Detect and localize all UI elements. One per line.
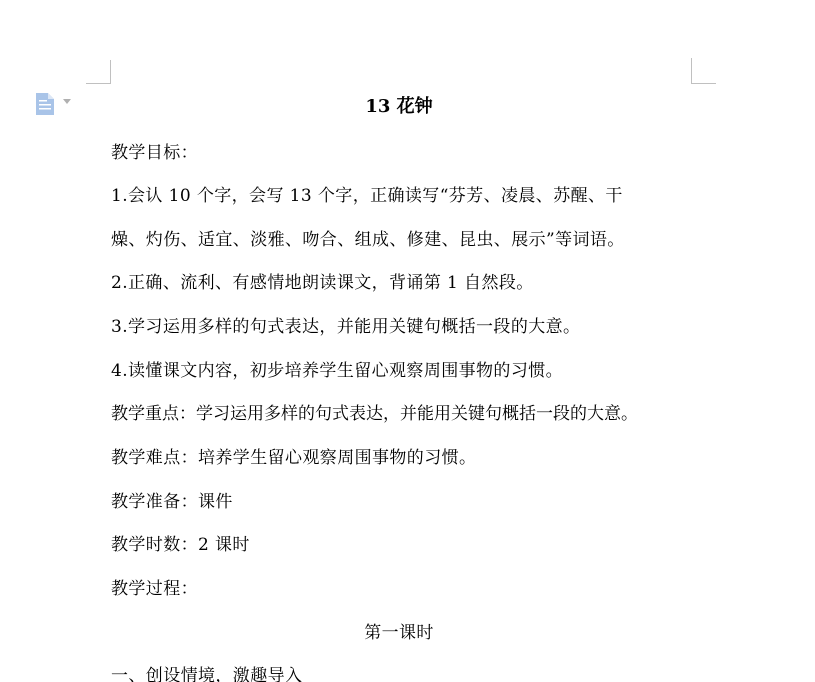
page-corner-top-left	[86, 60, 111, 84]
section-heading-goals: 教学目标：	[111, 138, 198, 163]
goal-4: 4.读懂课文内容，初步培养学生留心观察周围事物的习惯。	[111, 356, 563, 381]
page-corner-top-right	[691, 58, 716, 84]
section-heading-process: 教学过程：	[111, 574, 198, 599]
goal-1-line-1: 1.会认 10 个字，会写 13 个字，正确读写“芬芳、凌晨、苏醒、干	[111, 181, 623, 206]
key-point: 教学重点：学习运用多样的句式表达，并能用关键句概括一段的大意。	[111, 399, 638, 424]
goal-1-line-2: 燥、灼伤、适宜、淡雅、吻合、组成、修建、昆虫、展示”等词语。	[111, 225, 625, 250]
goal-3: 3.学习运用多样的句式表达，并能用关键句概括一段的大意。	[111, 312, 580, 337]
class-hours: 教学时数：2 课时	[111, 530, 250, 555]
dropdown-arrow-icon[interactable]	[63, 99, 71, 105]
step-1-heading: 一、创设情境，激趣导入	[111, 661, 302, 682]
preparation: 教学准备：课件	[111, 487, 233, 512]
document-title: 13 花钟	[111, 92, 687, 118]
difficult-point: 教学难点：培养学生留心观察周围事物的习惯。	[111, 443, 476, 468]
goal-2: 2.正确、流利、有感情地朗读课文，背诵第 1 自然段。	[111, 268, 534, 293]
document-icon[interactable]	[36, 93, 54, 115]
lesson-heading: 第一课时	[111, 618, 687, 643]
